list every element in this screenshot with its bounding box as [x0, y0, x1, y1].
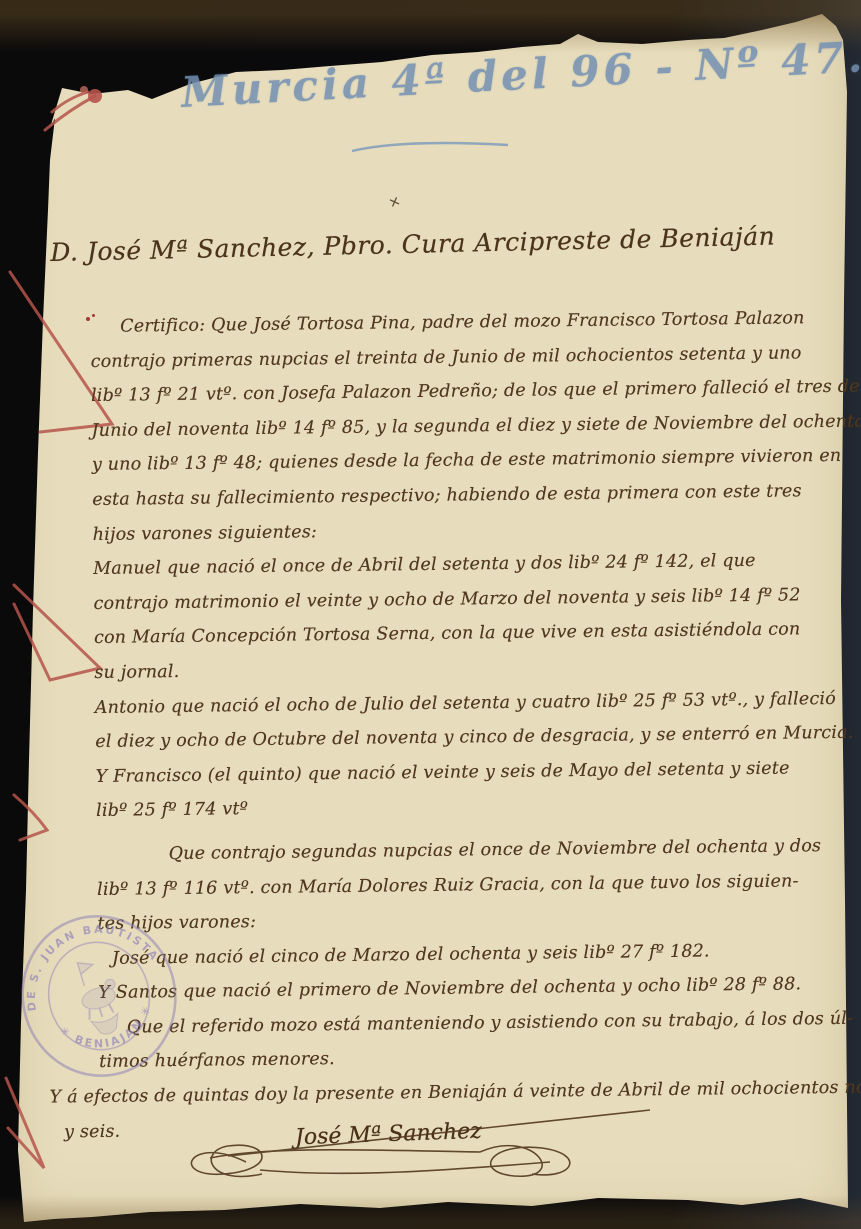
paragraph-manuel: Manuel que nació el once de Abril del se… [93, 543, 851, 691]
annotation-underline [346, 138, 516, 158]
stamp-lamb-icon [71, 954, 129, 1038]
manuscript-body: Certifico: Que José Tortosa Pina, padre … [90, 301, 856, 1149]
paragraph-antonio: Antonio que nació el ocho de Julio del s… [95, 681, 852, 759]
paragraph-certify: Certifico: Que José Tortosa Pina, padre … [90, 301, 849, 552]
signature-rubric-flourish [150, 1100, 690, 1210]
manuscript-photo: { "annotation": { "text": "Murcia 4ª del… [0, 0, 861, 1229]
paragraph-support: Que el referido mozo está manteniendo y … [99, 1002, 856, 1080]
thread-knot [88, 89, 102, 103]
paragraph-second: Que contrajo segundas nupcias el once de… [96, 829, 853, 942]
paragraph-francisco: Y Francisco (el quinto) que nació el vei… [95, 750, 852, 828]
